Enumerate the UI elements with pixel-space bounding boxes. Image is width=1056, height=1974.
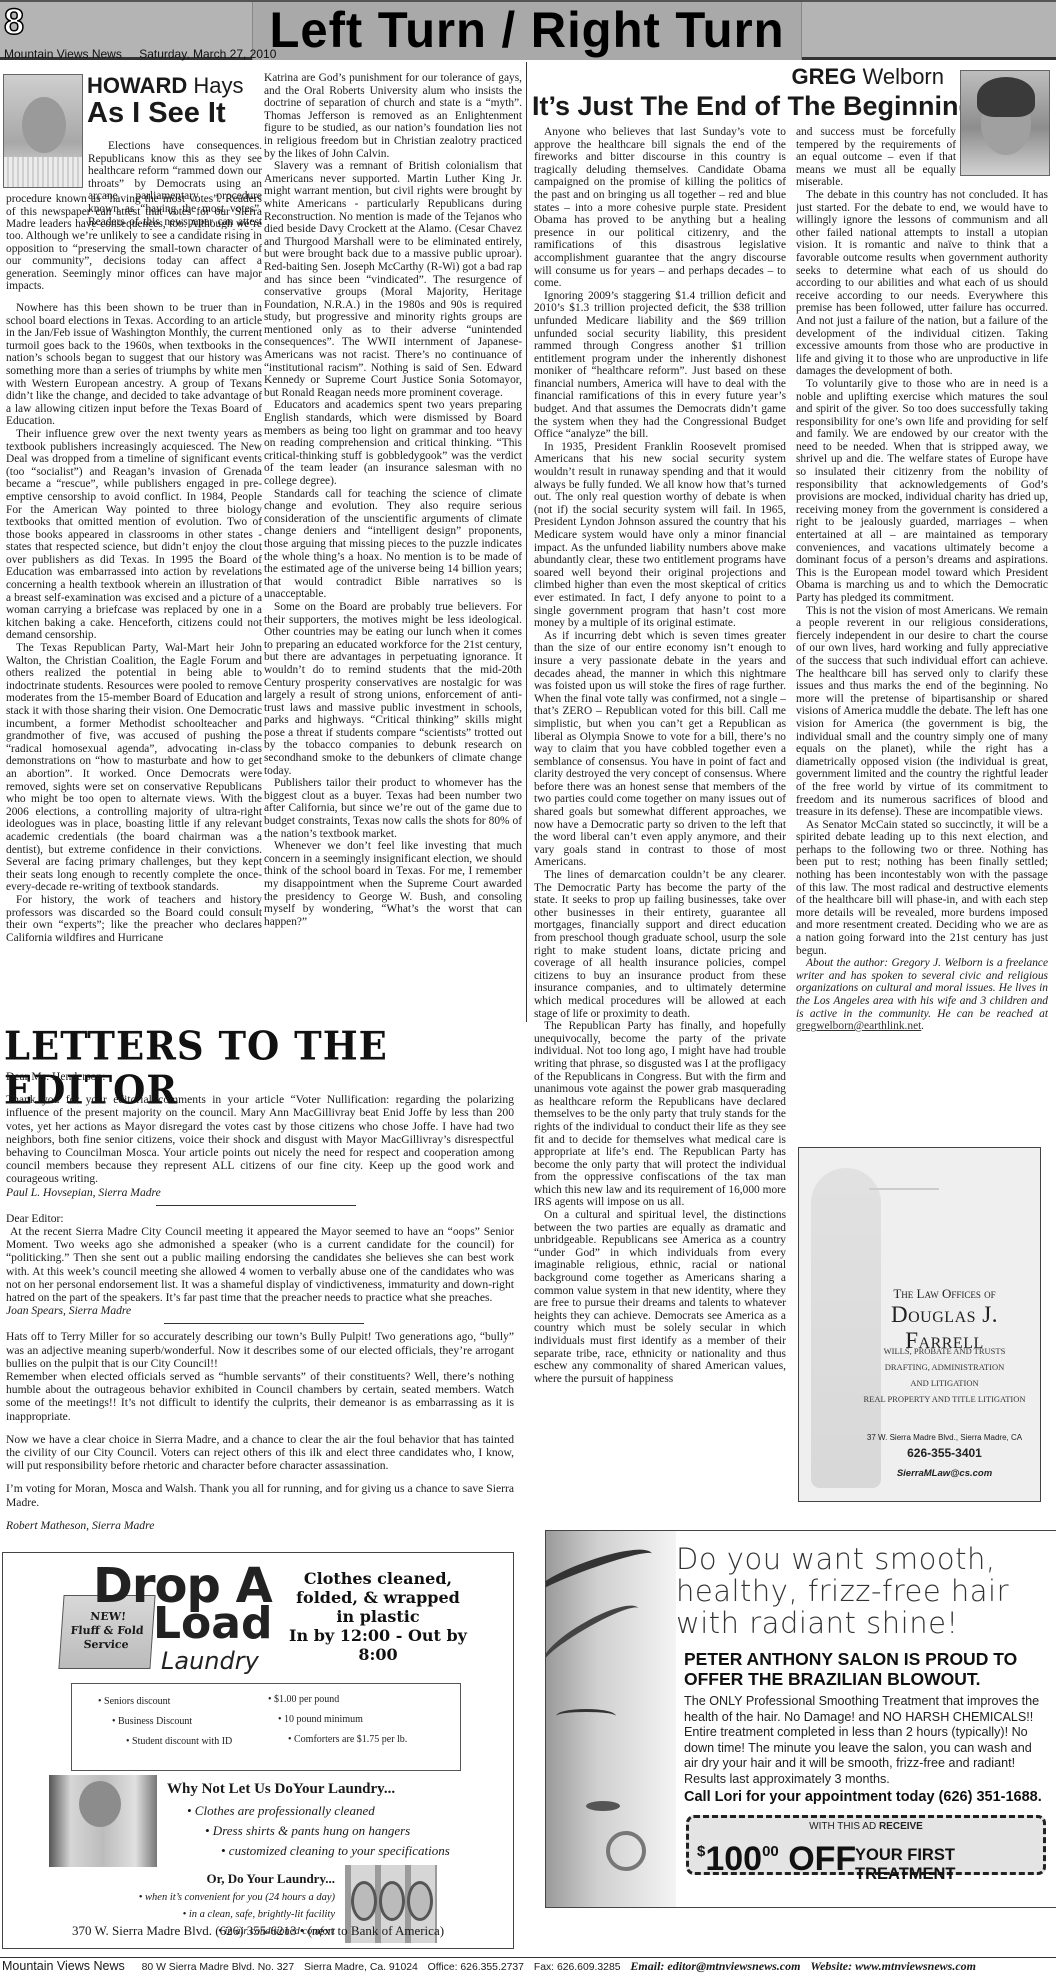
coupon-intro: WITH THIS AD RECEIVE: [689, 1821, 1043, 1832]
law-intro: The Law Offices of: [799, 1286, 1040, 1302]
article-paragraph: This is not the vision of most Americans…: [796, 605, 1048, 819]
why-item: • customized cleaning to your specificat…: [221, 1843, 450, 1859]
about-the-author: About the author: Gregory J. Welborn is …: [796, 957, 1048, 1033]
salon-body: The ONLY Professional Smoothing Treatmen…: [684, 1694, 1044, 1788]
author-photo-howard-hays: [3, 74, 83, 188]
article-paragraph: Ignoring 2009’s staggering $1.4 trillion…: [534, 290, 786, 441]
law-service: DRAFTING, ADMINISTRATION: [799, 1360, 1040, 1375]
letter-body: At the recent Sierra Madre City Council …: [6, 1225, 514, 1304]
article-paragraph: For history, the work of teachers and hi…: [6, 894, 262, 944]
letter-signature: Joan Spears, Sierra Madre: [6, 1304, 514, 1317]
article-paragraph: As if incurring debt which is seven time…: [534, 630, 786, 869]
article-paragraph: procedure known as “having the most vote…: [6, 193, 262, 229]
or-item: • when it’s convenient for you (24 hours…: [139, 1889, 335, 1906]
article-paragraph: Standards call for teaching the science …: [264, 488, 522, 601]
price-item: • 10 pound minimum: [278, 1714, 363, 1725]
article-paragraph: On a cultural and spiritual level, the d…: [534, 1209, 786, 1385]
letter-body: Thank you for your editorial comments in…: [6, 1093, 514, 1185]
letter-body: I’m voting for Moran, Mosca and Walsh. T…: [6, 1482, 514, 1508]
article-title: It’s Just The End of The Beginning: [532, 90, 975, 122]
or-item: • in a clean, safe, brightly-lit facilit…: [139, 1906, 335, 1923]
scales-icon: [869, 1188, 939, 1248]
basket-text: Fluff & Fold: [62, 1624, 153, 1637]
article-paragraph: The Republican Party has finally, and ho…: [534, 1020, 786, 1209]
law-email: SierraMLaw@cs.com: [799, 1468, 1040, 1479]
price-item: • $1.00 per pound: [268, 1694, 339, 1705]
footer-fax: Fax: 626.609.3285: [534, 1962, 621, 1973]
article-body-col2: The debate in this country has not concl…: [796, 189, 1048, 1089]
letter-separator: [156, 1205, 356, 1206]
ad-drop-a-load-laundry[interactable]: NEW! Fluff & Fold Service Drop A Load La…: [2, 1552, 514, 1949]
law-phone: 626-355-3401: [799, 1446, 1040, 1460]
why-heading: Why Not Let Us DoYour Laundry...: [167, 1781, 395, 1798]
or-heading: Or, Do Your Laundry...: [207, 1871, 335, 1887]
article-paragraph: Slavery was a remnant of British colonia…: [264, 160, 522, 399]
letter-separator: [164, 1323, 364, 1324]
salon-call-to-action: Call Lori for your appointment today (62…: [684, 1789, 1042, 1805]
footer-address: 80 W Sierra Madre Blvd. No. 327: [142, 1962, 294, 1973]
laundry-address: 370 W. Sierra Madre Blvd. (626) 355-6213…: [3, 1923, 513, 1939]
article-paragraph: To voluntarily give to those who are in …: [796, 378, 1048, 605]
ad-law-offices[interactable]: The Law Offices of Douglas J. Farrell WI…: [798, 1147, 1041, 1502]
laundry-logo: NEW! Fluff & Fold Service Drop A Load La…: [49, 1565, 275, 1677]
letter-signature: Robert Matheson, Sierra Madre: [6, 1519, 514, 1532]
article-paragraph: Nowhere has this been shown to be truer …: [6, 302, 262, 428]
laundry-headline: Clothes cleaned, folded, & wrapped in pl…: [278, 1569, 478, 1664]
discount-item: • Business Discount: [112, 1716, 192, 1727]
article-paragraph: The lines of demarcation couldn’t be any…: [534, 869, 786, 1020]
author-byline: GREG Welborn: [792, 64, 944, 90]
publication-name: Mountain Views News: [4, 47, 122, 61]
letter-salutation: Dear Ms. Henderson:: [6, 1070, 514, 1083]
basket-text: Service: [61, 1638, 152, 1651]
article-paragraph: Katrina are God’s punishment for our tol…: [264, 72, 522, 160]
why-item: • Clothes are professionally cleaned: [187, 1803, 375, 1819]
letter-body: Now we have a clear choice in Sierra Mad…: [6, 1433, 514, 1473]
masthead-subline: Mountain Views News Saturday, March 27, …: [4, 47, 290, 61]
page-number: 8: [4, 2, 24, 42]
article-paragraph: Publishers tailor their product to whome…: [264, 777, 522, 840]
article-paragraph: and success must be forcefully tempered …: [796, 126, 956, 189]
salon-headline: Do you want smooth, healthy, frizz-free …: [676, 1543, 1046, 1639]
article-paragraph: The debate in this country has not concl…: [796, 189, 1048, 378]
law-address: 37 W. Sierra Madre Blvd., Sierra Madre, …: [799, 1433, 1040, 1442]
footer-publication: Mountain Views News: [2, 1959, 125, 1973]
masthead: 8 Left Turn / Right Turn Mountain Views …: [0, 0, 1056, 60]
article-body-col1-cont: too. Although we’re unlikely to see a ca…: [6, 230, 262, 1020]
author-photo-greg-welborn: [960, 70, 1050, 176]
article-paragraph: Their influence grew over the next twent…: [6, 428, 262, 642]
law-service: REAL PROPERTY AND TITLE LITIGATION: [799, 1392, 1040, 1407]
author-byline: HOWARD Hays: [87, 74, 243, 98]
column-divider: [526, 62, 527, 1022]
article-title: As I See It: [87, 97, 226, 129]
letter-salutation: Dear Editor:: [6, 1212, 514, 1225]
section-title-box: Left Turn / Right Turn: [252, 2, 802, 60]
discount-item: • Seniors discount: [98, 1696, 170, 1707]
laundry-pricing-box: • Seniors discount • Business Discount •…: [71, 1683, 461, 1771]
article-paragraph: Anyone who believes that last Sunday’s v…: [534, 126, 786, 290]
discount-item: • Student discount with ID: [126, 1736, 232, 1747]
letters-to-editor: Dear Ms. Henderson: Thank you for your e…: [6, 1070, 514, 1532]
law-service: WILLS, PROBATE AND TRUSTS: [799, 1344, 1040, 1359]
article-paragraph: Whenever we don’t feel like investing th…: [264, 840, 522, 928]
footer-city: Sierra Madre, Ca. 91024: [304, 1962, 418, 1973]
page-footer: Mountain Views News 80 W Sierra Madre Bl…: [0, 1957, 1056, 1974]
article-paragraph: Educators and academics spent two years …: [264, 399, 522, 487]
article-paragraph: too. Although we’re unlikely to see a ca…: [6, 230, 262, 302]
article-paragraph: Some on the Board are probably true beli…: [264, 601, 522, 777]
letter-signature: Paul L. Hovsepian, Sierra Madre: [6, 1186, 514, 1199]
coupon-amount: $10000 OFF: [697, 1832, 856, 1879]
author-email-link[interactable]: gregwelborn@earthlink.net: [796, 1020, 921, 1032]
footer-website[interactable]: Website: www.mtnviewsnews.com: [810, 1959, 976, 1973]
letter-body: Hats off to Terry Miller for so accurate…: [6, 1330, 514, 1370]
article-paragraph: The Texas Republican Party, Wal-Mart hei…: [6, 642, 262, 894]
coupon-terms: YOUR FIRST TREATMENT: [855, 1846, 1043, 1884]
section-title: Left Turn / Right Turn: [258, 2, 795, 58]
logo-load: Load: [153, 1601, 272, 1647]
issue-date: Saturday, March 27, 2010: [139, 47, 276, 61]
article-body-col2-lead: and success must be forcefully tempered …: [796, 126, 956, 189]
woman-face-illustration: [546, 1531, 676, 1908]
ad-peter-anthony-salon[interactable]: Do you want smooth, healthy, frizz-free …: [545, 1530, 1056, 1908]
laundry-model-photo: [49, 1775, 157, 1867]
footer-office-phone: Office: 626.355.2737: [428, 1962, 524, 1973]
salon-coupon[interactable]: WITH THIS AD RECEIVE $10000 OFF YOUR FIR…: [686, 1815, 1046, 1875]
letter-body: Remember when elected officials served a…: [6, 1370, 514, 1423]
footer-email[interactable]: Email: editor@mtnviewsnews.com: [630, 1959, 800, 1973]
article-body-col1: procedure known as “having the most vote…: [6, 193, 262, 229]
why-item: • Dress shirts & pants hung on hangers: [205, 1823, 410, 1839]
article-paragraph: In 1935, President Franklin Roosevelt pr…: [534, 441, 786, 630]
logo-laundry: Laundry: [161, 1647, 259, 1675]
article-paragraph: As Senator McCain stated so succinctly, …: [796, 819, 1048, 958]
salon-subheadline: PETER ANTHONY SALON IS PROUD TO OFFER TH…: [684, 1649, 1017, 1689]
law-service: AND LITIGATION: [799, 1376, 1040, 1391]
price-item: • Comforters are $1.75 per lb.: [288, 1734, 407, 1745]
article-body-col2: Katrina are God’s punishment for our tol…: [264, 72, 522, 1022]
